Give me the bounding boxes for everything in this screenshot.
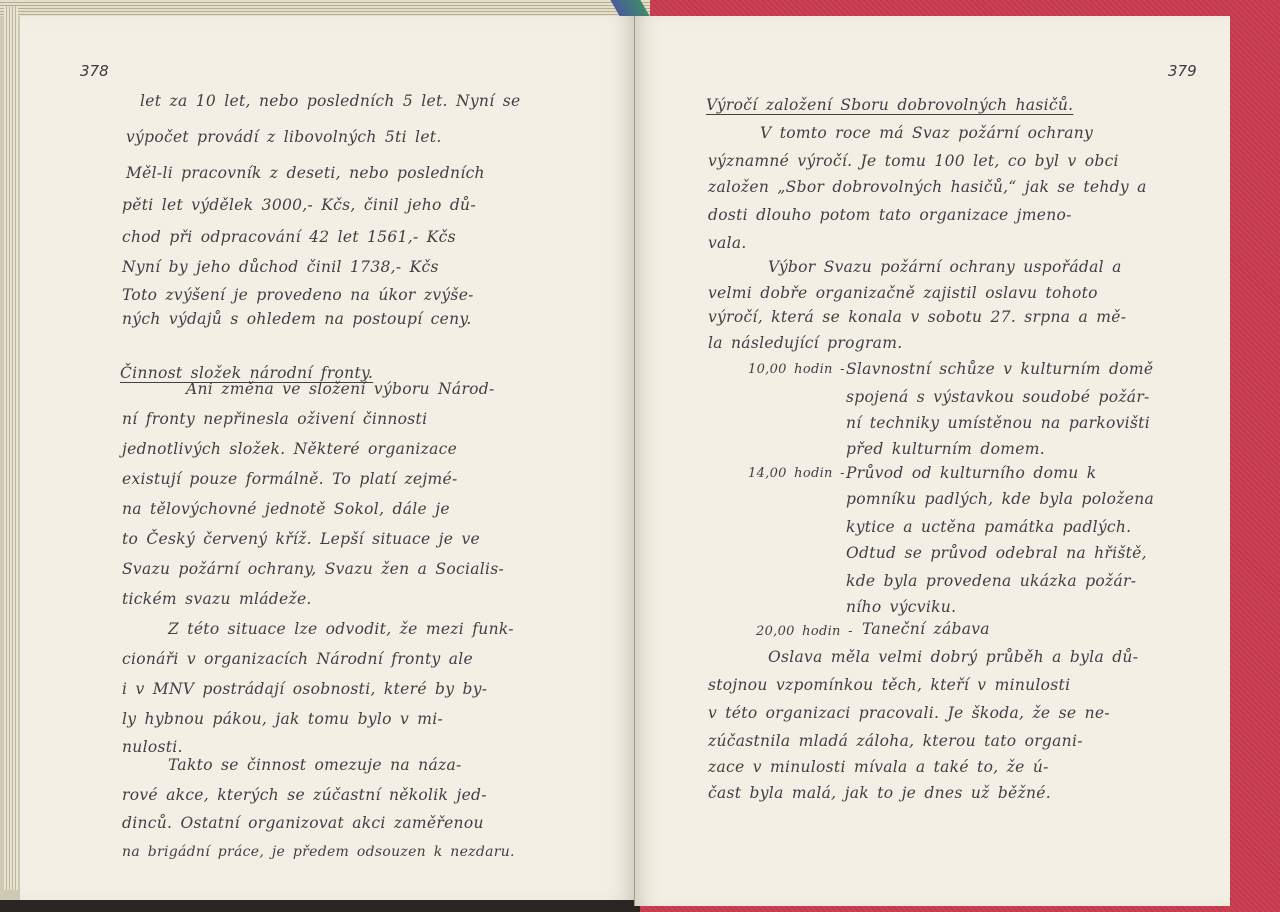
text-line: chod při odpracování 42 let 1561,- Kčs xyxy=(122,228,456,246)
text-line: vala. xyxy=(708,234,747,252)
schedule-line: Slavnostní schůze v kulturním domě xyxy=(846,360,1153,378)
text-line: la následující program. xyxy=(708,334,902,352)
page-stack-top-edge xyxy=(0,0,650,16)
schedule-line: kde byla provedena ukázka požár- xyxy=(846,572,1136,590)
text-line: Nyní by jeho důchod činil 1738,- Kčs xyxy=(122,258,439,276)
text-line: v této organizaci pracovali. Je škoda, ž… xyxy=(708,704,1110,722)
text-line: V tomto roce má Svaz požární ochrany xyxy=(760,124,1093,142)
text-line: významné výročí. Je tomu 100 let, co byl… xyxy=(708,152,1119,170)
page-number-left: 378 xyxy=(80,62,109,80)
book-gutter xyxy=(634,16,635,906)
schedule-time: 20,00 hodin - xyxy=(756,624,853,639)
text-line: jednotlivých složek. Některé organizace xyxy=(122,440,457,458)
text-line: cionáři v organizacích Národní fronty al… xyxy=(122,650,473,668)
text-line: Oslava měla velmi dobrý průběh a byla dů… xyxy=(768,648,1138,666)
schedule-line: před kulturním domem. xyxy=(846,440,1045,458)
page-stack-side-edge xyxy=(4,6,18,890)
text-line: Výbor Svazu požární ochrany uspořádal a xyxy=(768,258,1122,276)
text-line: Takto se činnost omezuje na náza- xyxy=(168,756,462,774)
text-line: Měl-li pracovník z deseti, nebo poslední… xyxy=(126,164,485,182)
text-line: ly hybnou pákou, jak tomu bylo v mi- xyxy=(122,710,443,728)
page-number-right: 379 xyxy=(1168,62,1197,80)
text-line: to Český červený kříž. Lepší situace je … xyxy=(122,530,480,548)
text-line: zúčastnila mladá záloha, kterou tato org… xyxy=(708,732,1083,750)
text-line: velmi dobře organizačně zajistil oslavu … xyxy=(708,284,1098,302)
schedule-line: ního výcviku. xyxy=(846,598,956,616)
text-line: let za 10 let, nebo posledních 5 let. Ny… xyxy=(140,92,520,110)
schedule-line: Taneční zábava xyxy=(862,620,990,638)
text-line: rové akce, kterých se zúčastní několik j… xyxy=(122,786,487,804)
text-line: stojnou vzpomínkou těch, kteří v minulos… xyxy=(708,676,1070,694)
schedule-time: 10,00 hodin - xyxy=(748,362,845,377)
schedule-line: ní techniky umístěnou na parkovišti xyxy=(846,414,1150,432)
text-line: výpočet provádí z libovolných 5ti let. xyxy=(126,128,442,146)
text-line: i v MNV postrádají osobnosti, které by b… xyxy=(122,680,487,698)
schedule-time: 14,00 hodin - xyxy=(748,466,845,481)
text-line: Ani změna ve složení výboru Národ- xyxy=(186,380,495,398)
text-line: založen „Sbor dobrovolných hasičů,“ jak … xyxy=(708,178,1147,196)
text-line: tickém svazu mládeže. xyxy=(122,590,312,608)
schedule-line: spojená s výstavkou soudobé požár- xyxy=(846,388,1150,406)
text-line: zace v minulosti mívala a také to, že ú- xyxy=(708,758,1049,776)
schedule-line: Odtud se průvod odebral na hřiště, xyxy=(846,544,1147,562)
text-line: Svazu požární ochrany, Svazu žen a Socia… xyxy=(122,560,504,578)
text-line: na tělovýchovné jednotě Sokol, dále je xyxy=(122,500,450,518)
text-line: Toto zvýšení je provedeno na úkor zvýše- xyxy=(122,286,474,304)
text-line: pěti let výdělek 3000,- Kčs, činil jeho … xyxy=(122,196,476,214)
text-line: ných výdajů s ohledem na postoupí ceny. xyxy=(122,310,472,328)
text-line: Z této situace lze odvodit, že mezi funk… xyxy=(168,620,514,638)
text-line: existují pouze formálně. To platí zejmé- xyxy=(122,470,458,488)
text-line: dinců. Ostatní organizovat akci zaměřeno… xyxy=(122,814,484,832)
text-line: výročí, která se konala v sobotu 27. srp… xyxy=(708,308,1126,326)
schedule-line: pomníku padlých, kde byla položena xyxy=(846,490,1154,508)
text-line: na brigádní práce, je předem odsouzen k … xyxy=(122,844,515,860)
schedule-line: Průvod od kulturního domu k xyxy=(846,464,1096,482)
schedule-line: kytice a uctěna památka padlých. xyxy=(846,518,1131,536)
text-line: ní fronty nepřinesla oživení činnosti xyxy=(122,410,427,428)
section-heading: Výročí založení Sboru dobrovolných hasič… xyxy=(706,96,1073,114)
text-line: čast byla malá, jak to je dnes už běžné. xyxy=(708,784,1051,802)
text-line: dosti dlouho potom tato organizace jmeno… xyxy=(708,206,1072,224)
text-line: nulosti. xyxy=(122,738,183,756)
